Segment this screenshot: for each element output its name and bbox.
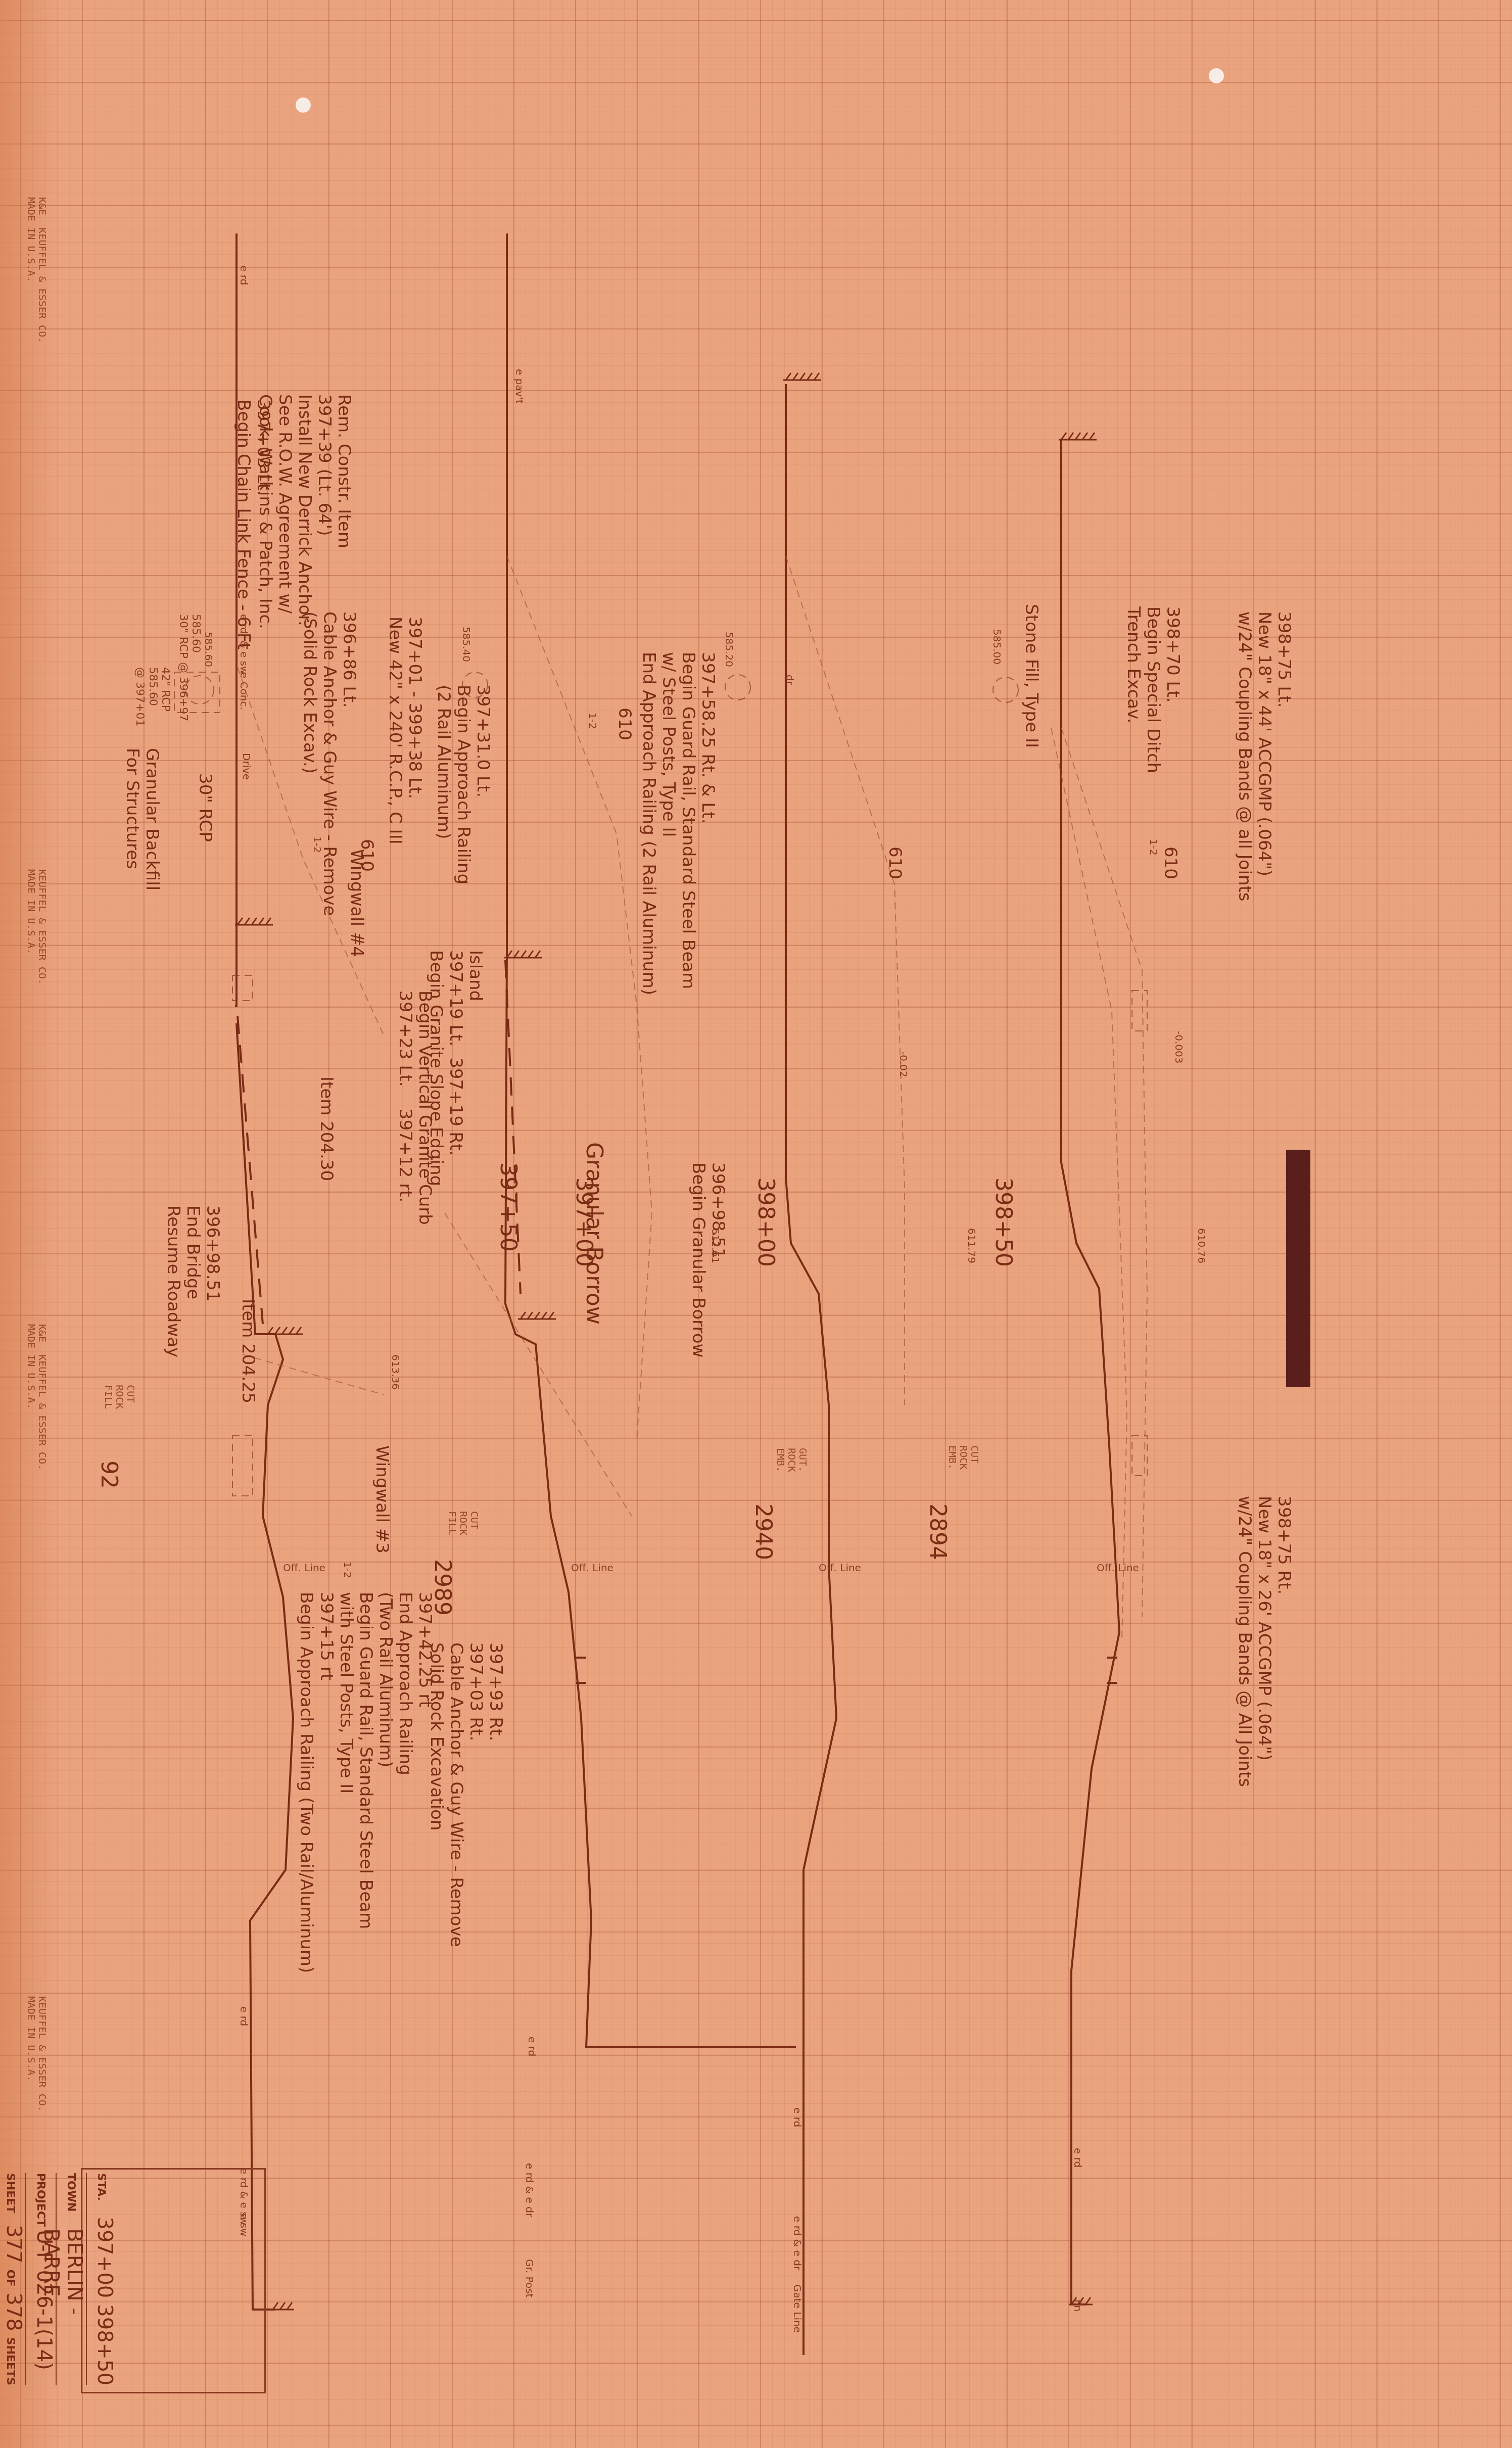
offset-line-label: Off. Line bbox=[283, 1562, 325, 1574]
paper-brand-stamp: KEUFFEL & ESSER CO. MADE IN U.S.A. bbox=[26, 869, 48, 985]
paper-brand-stamp: KEUFFEL & ESSER CO. MADE IN U.S.A. bbox=[26, 1996, 48, 2112]
annotation-30-rcp-label: 30" RCP bbox=[195, 773, 215, 842]
feature-label: e pav't bbox=[513, 369, 526, 404]
offset-line-label: Off. Line bbox=[1097, 1562, 1139, 1574]
feature-label: e Conc. bbox=[238, 672, 250, 710]
annotation-pipe-left: 398+75 Lt. New 18" x 44' ACCGMP (.064") … bbox=[1235, 611, 1294, 902]
feature-label: e rd bbox=[238, 2006, 250, 2026]
annotation-guard-rail-left: 397+58.25 Rt. & Lt. Begin Guard Rail, St… bbox=[639, 652, 718, 995]
annotation-begin-granular-borrow: 396+98.51 Begin Granular Borrow bbox=[688, 1162, 728, 1357]
cut-fill-value: 2940 bbox=[750, 1503, 776, 1560]
station-label: 397+50 bbox=[495, 1162, 521, 1252]
annotation-new-rcp: 397+01 - 399+38 Lt. New 42" x 240' R.C.P… bbox=[385, 617, 424, 844]
offset-line-label: Off. Line bbox=[571, 1562, 613, 1574]
cut-rock-fill-labels: CUT ROCK EMB. bbox=[947, 1445, 980, 1470]
feature-label: e rd bbox=[1072, 2148, 1084, 2168]
station-label: 398+50 bbox=[990, 1178, 1016, 1267]
grade-label: 610 bbox=[615, 708, 634, 740]
annotation-granular-backfill: Granular Backfill For Structures bbox=[122, 748, 162, 890]
annotation-30-rcp-note: 585.60 30" RCP @ 396+97 bbox=[176, 614, 202, 721]
annotation-chain-link-fence: 397+03 Lt. Begin Chain Link Fence - 6 Ft bbox=[233, 399, 273, 649]
paper-brand-stamp: K&E KEUFFEL & ESSER CO. MADE IN U.S.A. bbox=[26, 1324, 48, 1470]
feature-label: Gr. Post bbox=[524, 2259, 536, 2297]
cut-rock-fill-labels: CUT ROCK FILL bbox=[103, 1385, 136, 1409]
annotation-item-204-30: Item 204.30 bbox=[316, 1076, 336, 1181]
grade-label: 610 bbox=[885, 846, 905, 879]
slope-label: 1-2 bbox=[342, 1562, 354, 1578]
title-block-sheet: SHEET 377 OF 378 SHEETS bbox=[0, 2173, 25, 2385]
grade-label: 610 bbox=[357, 839, 376, 872]
offset-line-label: Off. Line bbox=[819, 1562, 861, 1574]
annotation-42-rcp-note: 42" RCP 585.60 @ 397+01 bbox=[133, 667, 172, 726]
feature-label: e rd & e dr bbox=[791, 2216, 804, 2270]
feature-label: e rd bbox=[791, 2107, 804, 2127]
feature-label: e rd. & e sw bbox=[238, 614, 250, 674]
feature-label: Fn bbox=[1072, 2299, 1084, 2312]
elevation-label: 585.00 bbox=[991, 629, 1003, 665]
grade-label: -0.003 bbox=[1173, 1031, 1185, 1063]
station-label: 398+00 bbox=[752, 1178, 778, 1267]
grade-label: 610 bbox=[1160, 846, 1180, 879]
title-block: STA. 397+00 398+50 TOWN BERLIN - BARRE P… bbox=[0, 2173, 116, 2385]
grade-label: 613.36 bbox=[390, 1354, 402, 1390]
annotation-stone-fill: Stone Fill, Type II bbox=[1021, 604, 1041, 748]
elevation-label: 585.20 bbox=[723, 632, 735, 667]
annotation-item-204-25: Item 204.25 bbox=[238, 1299, 258, 1403]
annotation-special-ditch: 398+70 Lt. Begin Special Ditch Trench Ex… bbox=[1123, 606, 1183, 773]
title-block-station: STA. 397+00 398+50 bbox=[86, 2173, 116, 2385]
elevation-label: 585.40 bbox=[460, 627, 472, 662]
annotation-cable-anchor-right: 397+93 Rt. 397+03 Rt. Cable Anchor & Guy… bbox=[427, 1642, 505, 1947]
feature-label: e rd bbox=[238, 265, 250, 285]
feature-label: e rd & e dr bbox=[524, 2163, 536, 2217]
slope-label: 1-2 bbox=[1148, 839, 1160, 856]
cut-rock-fill-labels: CUT ROCK FILL bbox=[447, 1511, 480, 1535]
elevation-label: 585.60 bbox=[203, 632, 215, 667]
annotation-approach-railing-left: 397+31.0 Lt. Begin Approach Railing (2 R… bbox=[434, 685, 493, 884]
cut-fill-value: 2894 bbox=[924, 1503, 950, 1560]
cut-rock-fill-labels: GUT. ROCK EMB. bbox=[775, 1448, 809, 1472]
annotation-wingwall-3: Wingwall #3 bbox=[372, 1445, 392, 1553]
title-block-town: TOWN BERLIN - BARRE bbox=[56, 2173, 86, 2385]
grade-label: 611.79 bbox=[966, 1228, 978, 1263]
slope-label: 1-2 bbox=[587, 713, 599, 729]
annotation-granular-borrow: Granular Borrow bbox=[581, 1142, 606, 1325]
feature-label: Gate Line bbox=[791, 2284, 804, 2333]
grade-label: -0.02 bbox=[897, 1051, 910, 1077]
paper-brand-stamp: K&E KEUFFEL & ESSER CO. MADE IN U.S.A. bbox=[26, 197, 48, 343]
grade-label: 612.61 bbox=[710, 1228, 722, 1263]
annotation-end-bridge: 396+98.51 End Bridge Resume Roadway bbox=[163, 1205, 222, 1357]
feature-label: Drive bbox=[241, 753, 253, 780]
title-block-project: PROJECT U-F 026-1(14) bbox=[25, 2173, 56, 2385]
grade-label: 610.76 bbox=[1196, 1228, 1208, 1263]
annotation-approach-railing-right: 397+42.25 rt End Approach Railing (Two R… bbox=[296, 1592, 435, 1973]
slope-label: 1-2 bbox=[311, 836, 323, 853]
feature-label: dr bbox=[784, 675, 796, 685]
annotation-vertical-curb: Begin Vertical Granite Curb 397+23 Lt. 3… bbox=[395, 991, 435, 1225]
cut-fill-value: 92 bbox=[96, 1461, 121, 1489]
annotation-pipe-right: 398+75 Rt. New 18" x 26' ACCGMP (.064") … bbox=[1235, 1496, 1294, 1787]
feature-label: e rd bbox=[526, 2037, 538, 2056]
